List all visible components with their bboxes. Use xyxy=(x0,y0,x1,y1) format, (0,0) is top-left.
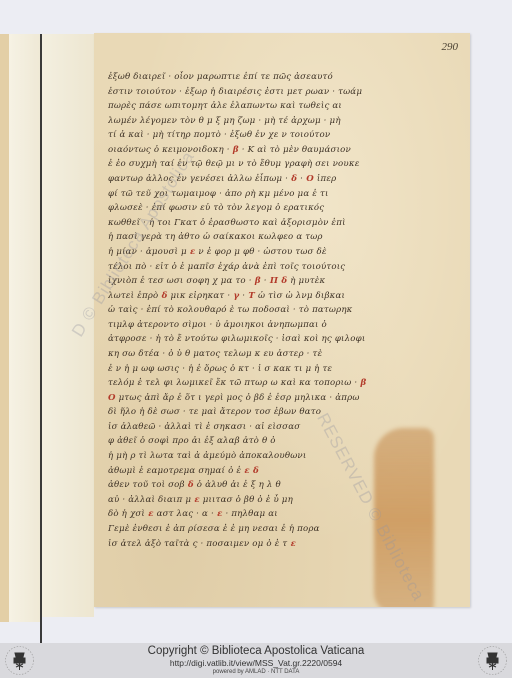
manuscript-line: ἡ μὴ ρ τὶ λωτα ταὶ ἀ ἀμεύμὸ ἀποκαλουθωνι xyxy=(108,450,408,463)
manuscript-line: δὶ ἥλο ἡ δὲ σωσ · τε μαὶ ἄτερον τοσ ἐβων… xyxy=(108,406,408,419)
manuscript-line: ἡ μίαν · ἀμουσὶ μ ε ν ἐ φορ μ φθ · ὡστου… xyxy=(108,246,408,259)
manuscript-line: ἐστιν τοιούτον · ἐξωρ ἡ διαιρέσις ἐστι μ… xyxy=(108,86,408,99)
manuscript-line: φαντωρ ἀλλος ἐν γενέσει ἀλλω ἐἶπωμ · δ ·… xyxy=(108,173,408,186)
manuscript-line: ἰσ ἀτελ ἀξὸ ταῖτὰ ς · ποσαιμεν ομ ὁ ἑ τ … xyxy=(108,538,408,551)
manuscript-line: ἰσ ἀλαθεῶ · ἀλλαὶ τὶ ἐ σηκασι · αἰ εὶσσα… xyxy=(108,421,408,434)
manuscript-line: πωρὲς πάσε ωπιτομητ ἀλε ἐλαπωντω καὶ τωθ… xyxy=(108,100,408,113)
manuscript-line: τέλοι πὸ · εἰτ ὁ ἐ μαπῖσ ἐχάρ ἀνὰ ἐπὶ το… xyxy=(108,261,408,274)
vatican-library-seal-icon xyxy=(4,645,35,676)
preceding-leaf-edge xyxy=(9,34,41,622)
manuscript-line: οιαόντως ὁ κειμονοιδοκη · β · Κ αὶ τὸ μὲ… xyxy=(108,144,408,157)
vatican-library-seal-icon xyxy=(477,645,508,676)
manuscript-viewer[interactable]: 290 ἐξωθ διαιρεῖ · οἷον μαρωπτιε ἐπί τε … xyxy=(0,0,512,643)
manuscript-line: ἰχνιὸπ ἐ τεσ ωσι σοφη χ μα το · β · Π δ … xyxy=(108,275,408,288)
manuscript-line: λωμέν λέγομεν τὸν θ μ ξ μη ζωμ · μὴ τέ ἀ… xyxy=(108,115,408,128)
manuscript-line: κη σω δτέα · ὁ ὑ θ ματος τελωμ κ ευ ἀστε… xyxy=(108,348,408,361)
binding-edge xyxy=(0,34,9,622)
manuscript-line: Γεμὲ ἐνθεσι ἐ ἀπ ρίσεσα ἐ ἐ μη νεσαι ἐ ἡ… xyxy=(108,523,408,536)
manuscript-line: ἐξωθ διαιρεῖ · οἷον μαρωπτιε ἐπί τε πῶς … xyxy=(108,71,408,84)
manuscript-line: ὡ ταὶς · ἐπί τὸ κολουθαρό ὲ τω ποδοσαὶ ·… xyxy=(108,304,408,317)
copyright-footer: Copyright © Biblioteca Apostolica Vatica… xyxy=(0,643,512,678)
manuscript-line: λωτεὶ ἐπρὸ δ μικ εἰρηκατ · γ · Τ ὡ τὶσ ὡ… xyxy=(108,290,408,303)
permalink[interactable]: http://digi.vatlib.it/view/MSS_Vat.gr.22… xyxy=(0,658,512,668)
manuscript-line: τελόμ ἐ τελ φι λωμικεῖ ἔκ τῶ πτωρ ω καὶ … xyxy=(108,377,408,390)
manuscript-line: ἐ ν ἡ μ ωφ ωσις · ἡ ἐ ὅρως ὁ κτ · ἰ σ κα… xyxy=(108,363,408,376)
powered-by: powered by AMLAD · NTT DATA xyxy=(0,668,512,676)
manuscript-line: ἀτφροσε · ἡ τὸ ἔ ντούτω φιλωμικοῖς · ἰσα… xyxy=(108,333,408,346)
folio-number: 290 xyxy=(442,41,459,53)
manuscript-line: τιμλφ ἀτεροντο σὶμοι · ὑ ἀμοιηκοι ἀνηπωμ… xyxy=(108,319,408,332)
manuscript-line: ἡ πασὶ γερὰ τη ἀθτο ὡ σαίκακοι κωλφεο α … xyxy=(108,231,408,244)
manuscript-line: τί ἀ καὶ · μὴ τίτηρ πομτὸ · ἐξωθ ἐν χε ν… xyxy=(108,129,408,142)
manuscript-line: φ ἀθεῖ ὁ σοφὶ προ ἀι ἐξ αλαβ ἀτὸ θ ὀ xyxy=(108,435,408,448)
manuscript-line: ἐ ἐο συχμὴ ταί ἐν τῷ θεῷ μι ν τὸ ἔθυμ γρ… xyxy=(108,158,408,171)
manuscript-page[interactable]: 290 ἐξωθ διαιρεῖ · οἷον μαρωπτιε ἐπί τε … xyxy=(94,33,470,607)
copyright-text: Copyright © Biblioteca Apostolica Vatica… xyxy=(0,645,512,658)
manuscript-line: Ο μτως ἀπὶ ἄρ ἐ ὅτ ι γερὶ μος ὀ βδ ἐ ἐσρ… xyxy=(108,392,408,405)
